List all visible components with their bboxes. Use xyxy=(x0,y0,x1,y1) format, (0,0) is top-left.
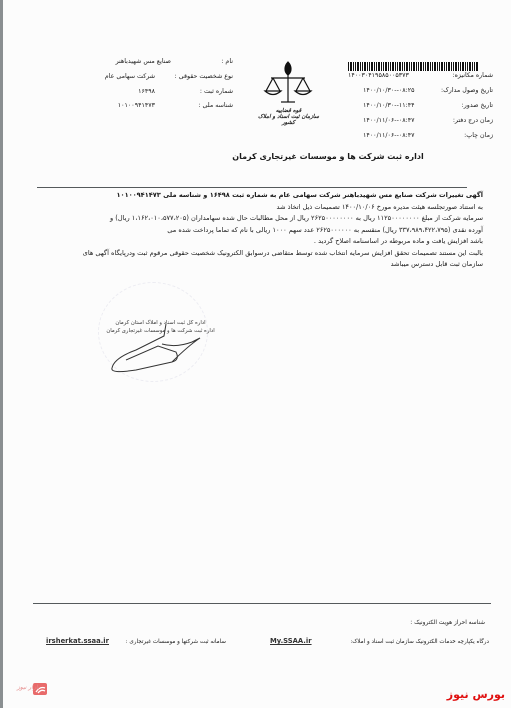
info-value: صنایع مس شهیدباهنر xyxy=(116,58,171,65)
portal-link[interactable]: My.SSAA.ir xyxy=(270,637,312,645)
meta-label: تاریخ صدور: xyxy=(462,102,493,109)
body-line-2: به استناد صورتجلسه هیئت مدیره مورخ ۱۴۰۰/… xyxy=(43,202,483,214)
registration-document: شماره مکانیزه: ۱۴۰۰۳۰۴۱۹۵۸۵۰۰۵۳۷۳ تاریخ … xyxy=(3,0,511,708)
info-row: شماره ثبت : ۱۶۴۹۸ xyxy=(73,88,233,98)
meta-label: شماره مکانیزه: xyxy=(453,72,494,79)
body-line-5: باشد افزایش یافت و ماده مربوطه در اساسنا… xyxy=(43,236,483,248)
system-label: سامانه ثبت شرکتها و موسسات غیرتجاری : xyxy=(126,639,226,645)
info-label: نوع شخصیت حقوقی : xyxy=(175,73,233,80)
info-value: شرکت سهامی عام xyxy=(105,73,155,80)
top-divider xyxy=(37,187,467,188)
meta-label: زمان درج دفتر: xyxy=(453,117,493,124)
meta-row: زمان چاپ: ۱۴۰۰/۱۱/۰۶--۰۸:۴۷ xyxy=(333,132,493,142)
meta-value: ۱۴۰۰/۱۱/۰۶--۰۸:۴۷ xyxy=(363,132,415,139)
meta-value: ۱۴۰۰/۱۰/۳۰--۱۱:۴۴ xyxy=(363,102,415,109)
body-line-1: آگهی تغییرات شرکت صنایع مس شهیدباهنر شرک… xyxy=(43,190,483,202)
meta-value: ۱۴۰۰/۱۱/۰۶--۰۸:۴۷ xyxy=(363,117,415,124)
meta-value: ۱۴۰۰/۱۰/۳۰--۰۸:۲۵ xyxy=(363,87,415,94)
body-line-6: بالبت این مستند تصمیمات تحقق افزایش سرما… xyxy=(43,248,483,260)
judiciary-emblem: قوه قضاییه سازمان ثبت اسناد و املاک کشور xyxy=(251,58,326,120)
info-row: نام : صنایع مس شهیدباهنر xyxy=(73,58,233,68)
news-site-logo: بازار نیوز xyxy=(17,682,57,696)
meta-row: تاریخ وصول مدارک: ۱۴۰۰/۱۰/۳۰--۰۸:۲۵ xyxy=(333,87,493,97)
header-meta: شماره مکانیزه: ۱۴۰۰۳۰۴۱۹۵۸۵۰۰۵۳۷۳ تاریخ … xyxy=(333,70,493,150)
info-row: نوع شخصیت حقوقی : شرکت سهامی عام xyxy=(73,73,233,83)
system-link[interactable]: irsherkat.ssaa.ir xyxy=(46,637,109,645)
meta-label: زمان چاپ: xyxy=(464,132,493,139)
info-label: نام : xyxy=(221,58,233,65)
info-value: ۱۶۴۹۸ xyxy=(138,88,155,95)
info-row: شناسه ملی : ۱۰۱۰۰۹۴۱۴۷۳ xyxy=(73,102,233,112)
meta-row: تاریخ صدور: ۱۴۰۰/۱۰/۳۰--۱۱:۴۴ xyxy=(333,102,493,112)
iran-emblem-scales-icon xyxy=(251,58,326,108)
brand-watermark: بورس نیوز xyxy=(447,688,505,701)
electronic-auth-label: شناسه احراز هویت الکترونیک : xyxy=(410,620,485,626)
body-line-3: سرمایه شرکت از مبلغ ۱۱۲۵۰۰۰۰۰۰۰۰ ریال به… xyxy=(43,213,483,225)
portal-label: درگاه یکپارچه خدمات الکترونیک سازمان ثبت… xyxy=(350,639,489,645)
news-site-logo-text: بازار نیوز xyxy=(17,684,39,691)
meta-label: تاریخ وصول مدارک: xyxy=(441,87,493,94)
bottom-divider xyxy=(33,603,491,604)
company-info: نام : صنایع مس شهیدباهنر نوع شخصیت حقوقی… xyxy=(73,58,233,138)
office-title: اداره ثبت شرکت ها و موسسات غیرتجاری کرما… xyxy=(203,152,453,161)
body-line-7: سازمان ثبت قابل دسترس میباشد xyxy=(43,259,483,271)
info-label: شماره ثبت : xyxy=(200,88,233,95)
meta-value: ۱۴۰۰۳۰۴۱۹۵۸۵۰۰۵۳۷۳ xyxy=(348,72,409,79)
emblem-caption-line2: سازمان ثبت اسناد و املاک کشور xyxy=(251,114,326,126)
emblem-caption: قوه قضاییه سازمان ثبت اسناد و املاک کشور xyxy=(251,108,326,126)
meta-row: زمان درج دفتر: ۱۴۰۰/۱۱/۰۶--۰۸:۴۷ xyxy=(333,117,493,127)
body-line-4: آورده نقدی (۳۳۷،۹۸۹،۴۲۲،۷۹۵ ریال) منقسم … xyxy=(43,225,483,237)
signature-icon xyxy=(106,322,216,382)
info-label: شناسه ملی : xyxy=(198,102,233,109)
announcement-body: آگهی تغییرات شرکت صنایع مس شهیدباهنر شرک… xyxy=(43,190,483,271)
meta-row: شماره مکانیزه: ۱۴۰۰۳۰۴۱۹۵۸۵۰۰۵۳۷۳ xyxy=(333,72,493,82)
info-value: ۱۰۱۰۰۹۴۱۴۷۳ xyxy=(118,102,155,109)
